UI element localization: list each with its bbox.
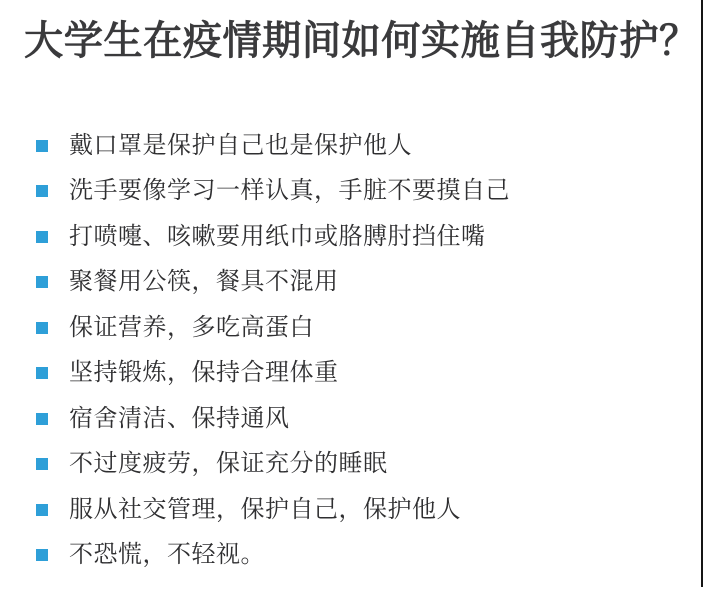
list-item: 戴口罩是保护自己也是保护他人 [36, 123, 680, 169]
list-item: 不恐慌，不轻视。 [36, 533, 680, 579]
list-item-text: 坚持锻炼，保持合理体重 [69, 361, 339, 385]
list-item-text: 聚餐用公筷，餐具不混用 [69, 270, 339, 294]
list-item-text: 保证营养，多吃高蛋白 [69, 316, 314, 340]
list-item-text: 洗手要像学习一样认真，手脏不要摸自己 [69, 179, 510, 203]
square-bullet-icon [36, 504, 48, 516]
square-bullet-icon [36, 549, 48, 561]
list-item: 不过度疲劳，保证充分的睡眠 [36, 442, 680, 488]
list-item: 坚持锻炼，保持合理体重 [36, 351, 680, 397]
list-item: 洗手要像学习一样认真，手脏不要摸自己 [36, 169, 680, 215]
square-bullet-icon [36, 140, 48, 152]
list-item-text: 不过度疲劳，保证充分的睡眠 [69, 452, 388, 476]
square-bullet-icon [36, 458, 48, 470]
list-item: 服从社交管理，保护自己，保护他人 [36, 487, 680, 533]
square-bullet-icon [36, 185, 48, 197]
square-bullet-icon [36, 367, 48, 379]
list-item-text: 不恐慌，不轻视。 [69, 543, 265, 567]
list-item-text: 服从社交管理，保护自己，保护他人 [69, 498, 461, 522]
protection-tips-list: 戴口罩是保护自己也是保护他人 洗手要像学习一样认真，手脏不要摸自己 打喷嚏、咳嗽… [36, 123, 680, 578]
list-item: 聚餐用公筷，餐具不混用 [36, 260, 680, 306]
list-item-text: 戴口罩是保护自己也是保护他人 [69, 134, 412, 158]
square-bullet-icon [36, 413, 48, 425]
square-bullet-icon [36, 276, 48, 288]
screen-edge-line [701, 0, 703, 587]
list-item-text: 打喷嚏、咳嗽要用纸巾或胳膊肘挡住嘴 [69, 225, 486, 249]
list-item: 宿舍清洁、保持通风 [36, 396, 680, 442]
page-title: 大学生在疫情期间如何实施自我防护？ [24, 16, 681, 66]
list-item-text: 宿舍清洁、保持通风 [69, 407, 290, 431]
list-item: 打喷嚏、咳嗽要用纸巾或胳膊肘挡住嘴 [36, 214, 680, 260]
article-page: 大学生在疫情期间如何实施自我防护？ 戴口罩是保护自己也是保护他人 洗手要像学习一… [0, 0, 704, 599]
square-bullet-icon [36, 231, 48, 243]
list-item: 保证营养，多吃高蛋白 [36, 305, 680, 351]
square-bullet-icon [36, 322, 48, 334]
